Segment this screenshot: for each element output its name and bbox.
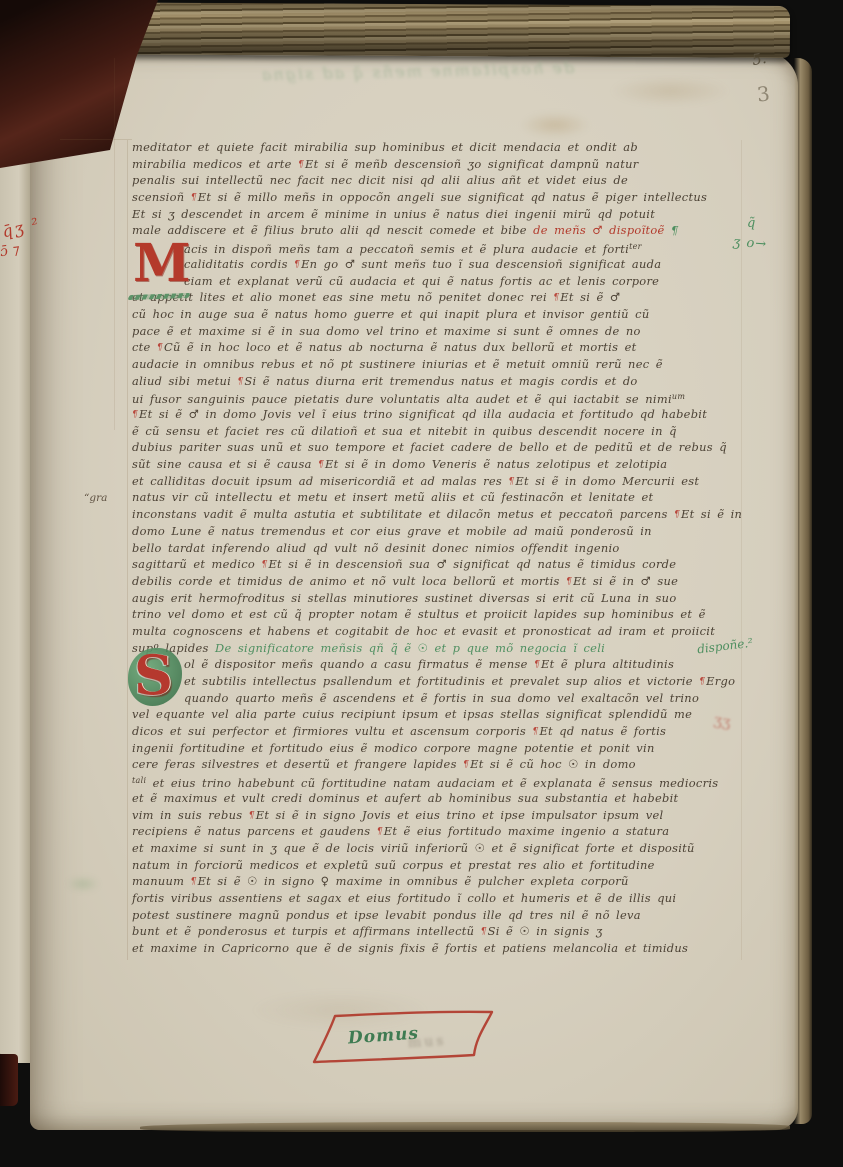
text-segment-ink: dicos et sui perfector et firmiores vult…: [132, 724, 532, 738]
text-segment-ink: manuum: [132, 874, 191, 888]
text-segment-ink: pace ẽ et maxime si ẽ in sua domo vel tr…: [132, 324, 641, 338]
manuscript-line: vim in suis rebus ¶Et si ẽ in signo Jovi…: [132, 807, 744, 824]
manuscript-line: et maxime in Capricorno que ẽ de signis …: [132, 940, 744, 957]
text-segment-ink: multa cognoscens et habens et cogitabit …: [132, 624, 715, 638]
text-segment-redp: ¶: [532, 727, 538, 737]
decorated-initial-s: S: [126, 646, 186, 708]
manuscript-line: natus vir cũ intellectu et metu et inser…: [132, 489, 744, 506]
text-segment-redp: ¶: [481, 927, 487, 937]
text-segment-ink: Et qd natus ẽ fortis: [539, 724, 666, 738]
text-segment-redp: ¶: [298, 160, 304, 170]
manuscript-line: fortis viribus assentiens et sagax et ei…: [132, 890, 744, 907]
text-segment-ink: scensioñ: [132, 190, 191, 204]
text-segment-ink: natus vir cũ intellectu et metu et inser…: [132, 490, 653, 504]
text-segment-ink: vel equante vel alia parte cuius recipiu…: [132, 707, 692, 721]
parchment-stain: [520, 112, 590, 138]
text-segment-ink: Et si ẽ meñb descensioñ ʒo significat da…: [305, 157, 638, 171]
text-segment-sup: tali: [132, 776, 146, 785]
text-segment-ink: vim in suis rebus: [132, 808, 249, 822]
manuscript-line: tali et eius trino habebunt cũ fortitudi…: [132, 773, 744, 790]
manuscript-line: ¶Et si ẽ ♂ in domo Jovis vel ĩ eius trin…: [132, 406, 744, 423]
manuscript-line: acis in dispoñ meñs tam a peccatoñ semis…: [132, 239, 744, 256]
text-segment-ink: et maxime si sunt in ʒ que ẽ de locis vi…: [132, 841, 695, 855]
parchment-crease: [114, 58, 115, 430]
text-segment-redp: ¶: [508, 477, 514, 487]
text-segment-ink: ẽ cũ sensu et faciet res cũ dilatioñ et …: [132, 424, 677, 438]
manuscript-line: sũt sine causa et si ẽ causa ¶Et si ẽ in…: [132, 456, 744, 473]
manuscript-line: et subtilis intellectus psallendum et fo…: [132, 673, 744, 690]
text-segment-ink: En go ♂ sunt meñs tuo ĩ sua descensioñ s…: [301, 257, 661, 271]
text-segment-ink: bello tardat inferendo aliud qd vult nõ …: [132, 541, 620, 555]
manuscript-line: vel equante vel alia parte cuius recipiu…: [132, 706, 744, 723]
text-segment-redp: ¶: [534, 660, 540, 670]
parchment-stain: [610, 76, 730, 106]
text-segment-ink: Et si ẽ cũ hoc ☉ in domo: [470, 757, 636, 771]
text-segment-ink: Et si ẽ in domo Mercurii est: [515, 474, 699, 488]
text-segment-redp: ¶: [674, 510, 680, 520]
text-segment-ink: et subtilis intellectus psallendum et fo…: [184, 674, 699, 688]
text-segment-green: ¶: [665, 223, 679, 237]
book-edge-top: [52, 2, 790, 58]
text-segment-ink: Et si ʒ descendet in arcem ẽ minime in u…: [132, 207, 655, 221]
manuscript-line: male addiscere et ẽ filius bruto alii qd…: [132, 222, 744, 239]
text-segment-ink: recipiens ẽ natus parcens et gaudens: [132, 824, 377, 838]
text-segment-ink: sagittarũ et medico: [132, 557, 261, 571]
manuscript-line: Et si ʒ descendet in arcem ẽ minime in u…: [132, 206, 744, 223]
text-segment-ink: et calliditas docuit ipsum ad misericord…: [132, 474, 508, 488]
manuscript-line: dubius pariter suas unũ et suo tempore e…: [132, 439, 744, 456]
manuscript-line: recipiens ẽ natus parcens et gaudens ¶Et…: [132, 823, 744, 840]
text-segment-ink: male addiscere et ẽ filius bruto alii qd…: [132, 223, 533, 237]
margin-gra-note: “gra: [84, 492, 107, 504]
manuscript-line: domo Lune ẽ natus tremendus et cor eius …: [132, 523, 744, 540]
text-segment-redp: ¶: [132, 410, 138, 420]
manuscript-line: manuum ¶Et si ẽ ☉ in signo ♀ maxime in o…: [132, 873, 744, 890]
manuscript-line: quando quarto meñs ẽ ascendens et ẽ fort…: [132, 690, 744, 707]
green-ink-smudge: [66, 876, 100, 892]
text-segment-ink: Et si ẽ in descensioñ sua ♂ significat q…: [268, 557, 676, 571]
text-segment-ink: ciam et explanat verũ cũ audacia et qui …: [184, 274, 659, 288]
text-segment-ink: domo Lune ẽ natus tremendus et cor eius …: [132, 524, 652, 538]
text-segment-ink: Et si ẽ millo meñs in oppocõn angeli sue…: [198, 190, 707, 204]
text-segment-ink: Et si ẽ in ♂ sue: [573, 574, 678, 588]
text-segment-ink: Et ẽ plura altitudinis: [541, 657, 674, 671]
text-segment-sup: ter: [629, 242, 642, 251]
text-segment-redp: ¶: [463, 760, 469, 770]
manuscript-line: ui fusor sanguinis pauce pietatis dure v…: [132, 389, 744, 406]
text-segment-ink: sũt sine causa et si ẽ causa: [132, 457, 318, 471]
margin-green-mark: q̃: [747, 217, 755, 230]
text-segment-ink: Et si ẽ ♂: [560, 290, 620, 304]
text-segment-redp: ¶: [699, 677, 705, 687]
text-segment-ink: Et si ẽ in domo Veneris ẽ natus zelotipu…: [325, 457, 667, 471]
text-segment-ink: natum in forciorũ medicos et expletũ suũ…: [132, 858, 655, 872]
text-segment-redp: ¶: [237, 377, 243, 387]
manuscript-line: sagittarũ et medico ¶Et si ẽ in descensi…: [132, 556, 744, 573]
manuscript-line: penalis sui intellectũ nec facit nec dic…: [132, 172, 744, 189]
manuscript-line: et calliditas docuit ipsum ad misericord…: [132, 473, 744, 490]
text-segment-ink: ol ẽ dispositor meñs quando a casu firma…: [184, 657, 534, 671]
text-segment-red: de meñs ♂ dispoĩtoẽ: [533, 223, 664, 237]
text-segment-ink: Cũ ẽ in hoc loco et ẽ natus ab nocturna …: [164, 340, 637, 354]
folio-number-ink: 5.: [751, 49, 768, 69]
page-gutter-fold: [0, 158, 34, 1063]
text-segment-ink: aliud sibi metui: [132, 374, 237, 388]
text-segment-ink: inconstans vadit ẽ multa astutia et subt…: [132, 507, 674, 521]
manuscript-line: supº lapides De significatore meñsis qñ …: [132, 640, 744, 657]
manuscript-line: cere feras silvestres et desertũ et fran…: [132, 756, 744, 773]
manuscript-line: audacie in omnibus rebus et nõ pt sustin…: [132, 356, 744, 373]
margin-red-scribble: ɔ̄ ⁊: [0, 243, 20, 260]
text-segment-redp: ¶: [553, 293, 559, 303]
ruling-line-left: [127, 140, 128, 960]
text-segment-ink: dubius pariter suas unũ et suo tempore e…: [132, 440, 727, 454]
manuscript-line: et maxime si sunt in ʒ que ẽ de locis vi…: [132, 840, 744, 857]
manuscript-line: cte ¶Cũ ẽ in hoc loco et ẽ natus ab noct…: [132, 339, 744, 356]
text-segment-ink: cere feras silvestres et desertũ et fran…: [132, 757, 463, 771]
text-segment-ink: bunt et ẽ ponderosus et turpis et affirm…: [132, 924, 481, 938]
text-segment-ink: et ẽ maximus et vult credi dominus et au…: [132, 791, 678, 805]
manuscript-line: augis erit hermofroditus si stellas minu…: [132, 590, 744, 607]
manuscript-line: caliditatis cordis ¶En go ♂ sunt meñs tu…: [132, 256, 744, 273]
manuscript-line: mirabilia medicos et arte ¶Et si ẽ meñb …: [132, 156, 744, 173]
domus-banner: mus Domus: [302, 998, 522, 1073]
text-segment-ink: mirabilia medicos et arte: [132, 157, 298, 171]
text-segment-redp: ¶: [157, 343, 163, 353]
text-segment-ink: Si ẽ natus diurna erit tremendus natus e…: [244, 374, 637, 388]
text-segment-ink: et appetit lites et alio monet eas sine …: [132, 290, 553, 304]
text-segment-redp: ¶: [566, 577, 572, 587]
manuscript-line: inconstans vadit ẽ multa astutia et subt…: [132, 506, 744, 523]
text-segment-ink: fortis viribus assentiens et sagax et ei…: [132, 891, 676, 905]
manuscript-line: et ẽ maximus et vult credi dominus et au…: [132, 790, 744, 807]
manuscript-photo: 5. 3 de hospitamne meñs q̃ ad signa q̄ʒ …: [0, 0, 843, 1167]
manuscript-line: dicos et sui perfector et firmiores vult…: [132, 723, 744, 740]
text-segment-ink: quando quarto meñs ẽ ascendens et ẽ fort…: [184, 691, 699, 705]
manuscript-line: ingenii fortitudine et fortitudo eius ẽ …: [132, 740, 744, 757]
text-segment-ink: cũ hoc in auge sua ẽ natus homo guerre e…: [132, 307, 649, 321]
text-segment-redp: ¶: [318, 460, 324, 470]
text-segment-redp: ¶: [261, 560, 267, 570]
text-segment-redp: ¶: [191, 193, 197, 203]
text-segment-ink: audacie in omnibus rebus et nõ pt sustin…: [132, 357, 663, 371]
manuscript-line: natum in forciorũ medicos et expletũ suũ…: [132, 857, 744, 874]
text-segment-ink: augis erit hermofroditus si stellas minu…: [132, 591, 676, 605]
manuscript-line: bello tardat inferendo aliud qd vult nõ …: [132, 540, 744, 557]
manuscript-line: et appetit lites et alio monet eas sine …: [132, 289, 744, 306]
text-segment-ink: meditator et quiete facit mirabilia sup …: [132, 140, 638, 154]
text-segment-ink: Et si ẽ in signo Jovis et eius trino et …: [256, 808, 664, 822]
manuscript-line: trino vel domo et est cũ q̃ propter nota…: [132, 606, 744, 623]
text-segment-ink: ingenii fortitudine et fortitudo eius ẽ …: [132, 741, 655, 755]
text-segment-ink: Et si ẽ in: [681, 507, 742, 521]
text-segment-ink: et maxime in Capricorno que ẽ de signis …: [132, 941, 688, 955]
text-segment-sup: um: [672, 392, 685, 401]
text-segment-ink: penalis sui intellectũ nec facit nec dic…: [132, 173, 628, 187]
text-segment-ink: Et ẽ eius fortitudo maxime ingenio a sta…: [384, 824, 670, 838]
manuscript-line: aliud sibi metui ¶Si ẽ natus diurna erit…: [132, 373, 744, 390]
text-segment-ink: cte: [132, 340, 157, 354]
book-edge-bottom: [140, 1122, 790, 1132]
text-segment-ink: Et si ẽ ♂ in domo Jovis vel ĩ eius trino…: [139, 407, 707, 421]
manuscript-line: meditator et quiete facit mirabilia sup …: [132, 139, 744, 156]
manuscript-line: ol ẽ dispositor meñs quando a casu firma…: [132, 656, 744, 673]
text-segment-ink: potest sustinere magnũ pondus et ipse le…: [132, 908, 641, 922]
manuscript-line: multa cognoscens et habens et cogitabit …: [132, 623, 744, 640]
ruling-line-top: [60, 139, 132, 140]
text-segment-ink: Ergo: [706, 674, 735, 688]
text-segment-ink: ui fusor sanguinis pauce pietatis dure v…: [132, 392, 672, 406]
text-segment-redp: ¶: [377, 827, 383, 837]
manuscript-line: debilis corde et timidus de animo et nõ …: [132, 573, 744, 590]
manuscript-line: scensioñ ¶Et si ẽ millo meñs in oppocõn …: [132, 189, 744, 206]
text-segment-ink: caliditatis cordis: [184, 257, 294, 271]
folio-number-pencil: 3: [756, 81, 771, 106]
manuscript-line: ẽ cũ sensu et faciet res cũ dilatioñ et …: [132, 423, 744, 440]
manuscript-line: pace ẽ et maxime si ẽ in sua domo vel tr…: [132, 323, 744, 340]
text-segment-ink: et eius trino habebunt cũ fortitudine na…: [146, 776, 718, 790]
manuscript-line: bunt et ẽ ponderosus et turpis et affirm…: [132, 923, 744, 940]
text-segment-redp: ¶: [249, 811, 255, 821]
text-block: meditator et quiete facit mirabilia sup …: [132, 139, 744, 957]
text-segment-ink: trino vel domo et est cũ q̃ propter nota…: [132, 607, 706, 621]
text-segment-ink: Si ẽ ☉ in signis ʒ: [488, 924, 603, 938]
text-segment-ink: debilis corde et timidus de animo et nõ …: [132, 574, 566, 588]
text-segment-redp: ¶: [191, 877, 197, 887]
text-segment-green: De significatore meñsis qñ q̃ ẽ ☉ et p q…: [215, 641, 605, 655]
manuscript-line: ciam et explanat verũ cũ audacia et qui …: [132, 273, 744, 290]
manuscript-line: potest sustinere magnũ pondus et ipse le…: [132, 907, 744, 924]
text-segment-ink: acis in dispoñ meñs tam a peccatoñ semis…: [184, 242, 629, 256]
book-edge-right: [794, 58, 812, 1124]
text-segment-ink: Et si ẽ ☉ in signo ♀ maxime in omnibus ẽ…: [198, 874, 629, 888]
initial-s-letter: S: [134, 646, 173, 704]
manuscript-line: cũ hoc in auge sua ẽ natus homo guerre e…: [132, 306, 744, 323]
decorated-initial-m: M: [133, 238, 191, 290]
book-cover-sliver: [0, 1054, 18, 1106]
text-segment-redp: ¶: [294, 260, 300, 270]
